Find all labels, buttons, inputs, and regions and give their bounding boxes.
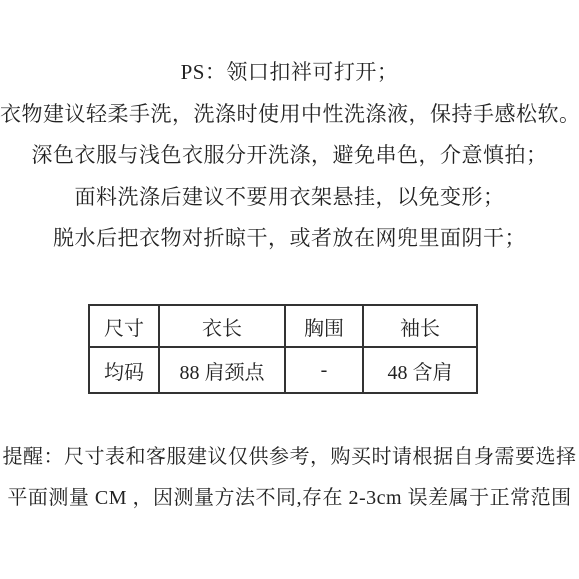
- care-notes: PS：领口扣袢可打开； 衣物建议轻柔手洗，洗涤时使用中性洗涤液，保持手感松软。 …: [0, 52, 579, 260]
- care-note-line-no-hanger: 面料洗涤后建议不要用衣架悬挂，以免变形；: [0, 177, 579, 219]
- size-table-cell-bust: -: [285, 347, 363, 393]
- size-table-cell-size: 均码: [89, 347, 159, 393]
- size-table-header-sleeve: 袖长: [363, 305, 477, 347]
- reminder-notes: 提醒：尺寸表和客服建议仅供参考，购买时请根据自身需要选择 平面测量 CM ，因测…: [0, 437, 579, 519]
- care-note-line-separate-wash: 深色衣服与浅色衣服分开洗涤，避免串色，介意慎拍；: [0, 135, 579, 177]
- size-table: 尺寸 衣长 胸围 袖长 均码 88 肩颈点 - 48 含肩: [88, 304, 478, 394]
- size-table-cell-length: 88 肩颈点: [159, 347, 285, 393]
- size-table-header-size: 尺寸: [89, 305, 159, 347]
- care-note-line-ps: PS：领口扣袢可打开；: [0, 52, 579, 94]
- reminder-line-reference-only: 提醒：尺寸表和客服建议仅供参考，购买时请根据自身需要选择: [0, 437, 579, 478]
- reminder-line-measurement-tolerance: 平面测量 CM ，因测量方法不同,存在 2-3cm 误差属于正常范围: [0, 478, 579, 519]
- size-table-header-bust: 胸围: [285, 305, 363, 347]
- size-table-data-row: 均码 88 肩颈点 - 48 含肩: [89, 347, 477, 393]
- size-table-header-length: 衣长: [159, 305, 285, 347]
- size-table-header-row: 尺寸 衣长 胸围 袖长: [89, 305, 477, 347]
- care-note-line-dry-flat: 脱水后把衣物对折晾干，或者放在网兜里面阴干；: [0, 218, 579, 260]
- care-note-line-handwash: 衣物建议轻柔手洗，洗涤时使用中性洗涤液，保持手感松软。: [0, 94, 579, 136]
- product-care-page: PS：领口扣袢可打开； 衣物建议轻柔手洗，洗涤时使用中性洗涤液，保持手感松软。 …: [0, 0, 579, 579]
- size-table-cell-sleeve: 48 含肩: [363, 347, 477, 393]
